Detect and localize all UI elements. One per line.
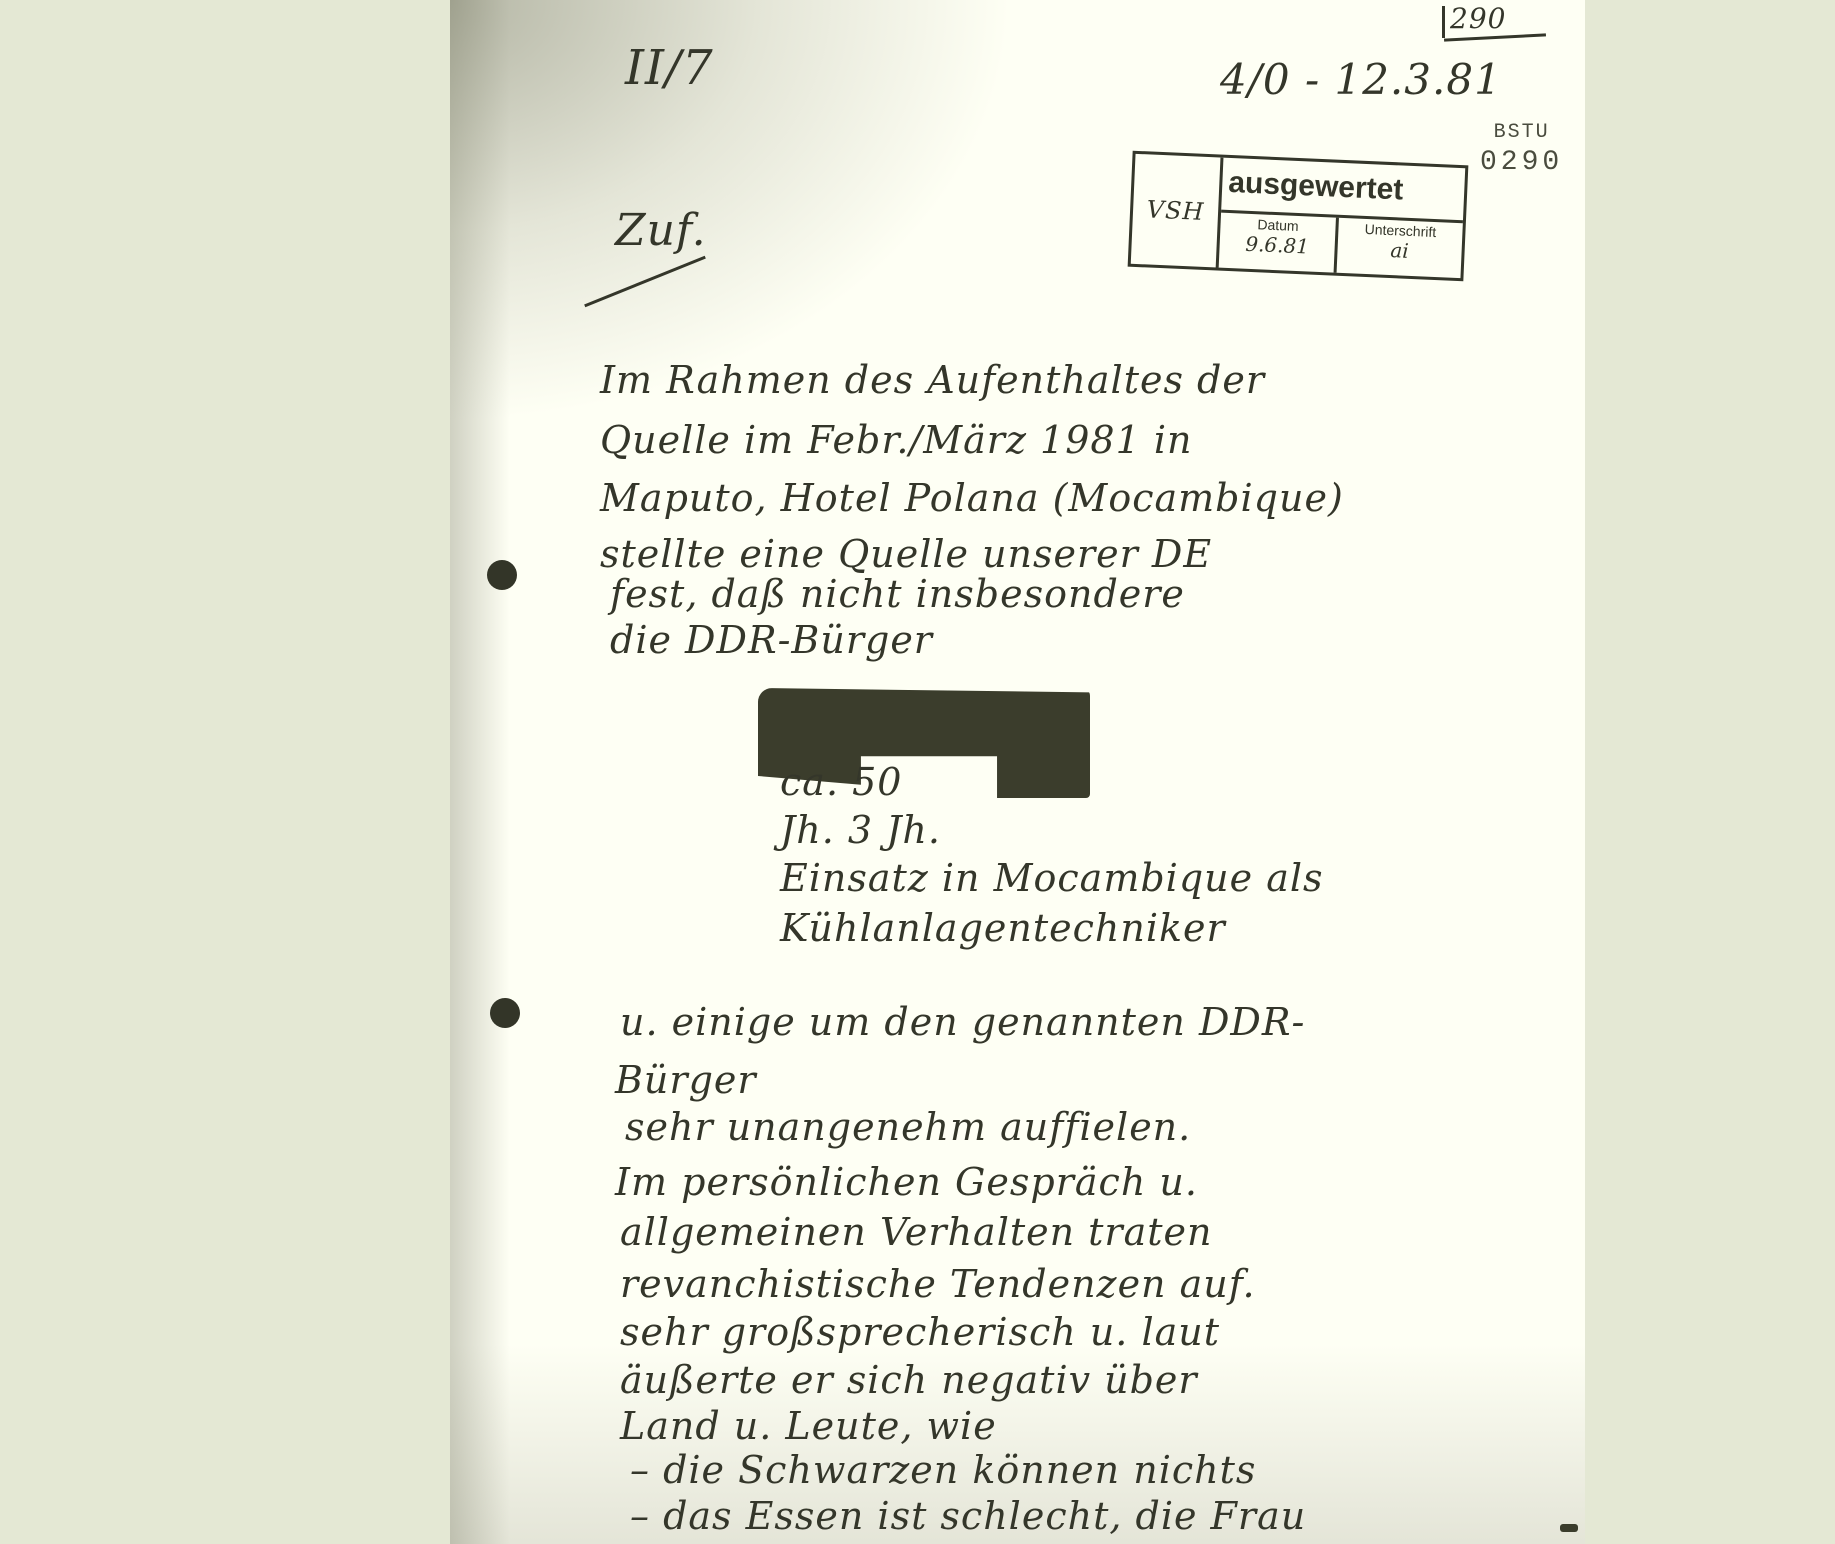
text-line: äußerte er sich negativ über [620, 1358, 1198, 1402]
top-left-initials: Zuf. [615, 205, 707, 256]
punch-hole-lower [490, 998, 520, 1028]
archive-stamp-label: BSTU [1480, 123, 1563, 143]
text-line: Einsatz in Mocambique als [780, 856, 1324, 900]
stamp-signature-value: ai [1337, 236, 1462, 265]
text-line: Kühlanlagentechniker [780, 906, 1226, 950]
archive-stamp: BSTU 0290 [1480, 123, 1563, 177]
text-line: ca. 50 [780, 760, 902, 804]
evaluation-stamp: VSH ausgewertet Datum 9.6.81 Unterschrif… [1128, 151, 1469, 282]
text-line: Bürger [615, 1058, 757, 1102]
text-line: allgemeinen Verhalten traten [620, 1210, 1213, 1254]
text-line: stellte eine Quelle unserer DE [600, 532, 1212, 576]
stamp-date-cell: Datum 9.6.81 [1219, 213, 1339, 273]
text-line: – die Schwarzen können nichts [630, 1448, 1256, 1492]
top-left-mark: II/7 [625, 40, 714, 96]
document-page: II/7 Zuf. 4/0 - 12.3.81 290 BSTU 0290 VS… [450, 0, 1585, 1544]
text-line: sehr großsprecherisch u. laut [620, 1310, 1220, 1354]
initials-underline [584, 256, 706, 307]
reference-number: 4/0 - 12.3.81 [1220, 55, 1502, 104]
text-line: Quelle im Febr./März 1981 in [600, 418, 1192, 462]
text-line: Land u. Leute, wie [620, 1404, 997, 1448]
stamp-unit: VSH [1146, 195, 1205, 225]
stamp-date-value: 9.6.81 [1219, 231, 1335, 260]
text-line: Jh. 3 Jh. [780, 808, 941, 852]
archive-stamp-number: 0290 [1480, 149, 1563, 177]
page-number-handwritten: 290 [1450, 2, 1506, 35]
text-line: die DDR-Bürger [610, 618, 933, 662]
text-line: – das Essen ist schlecht, die Frau [630, 1494, 1306, 1538]
ink-speck [1560, 1524, 1578, 1532]
text-line: fest, daß nicht insbesondere [610, 572, 1185, 616]
punch-hole-upper [487, 560, 517, 590]
text-line: u. einige um den genannten DDR- [620, 1000, 1305, 1044]
text-line: Im Rahmen des Aufenthaltes der [600, 358, 1265, 402]
text-line: revanchistische Tendenzen auf. [620, 1262, 1256, 1306]
text-line: Maputo, Hotel Polana (Mocambique) [600, 476, 1344, 520]
stamp-unit-cell: VSH [1131, 154, 1224, 268]
stamp-signature-cell: Unterschrift ai [1337, 218, 1463, 278]
text-line: Im persönlichen Gespräch u. [615, 1160, 1198, 1204]
text-line: sehr unangenehm auffielen. [625, 1105, 1191, 1149]
